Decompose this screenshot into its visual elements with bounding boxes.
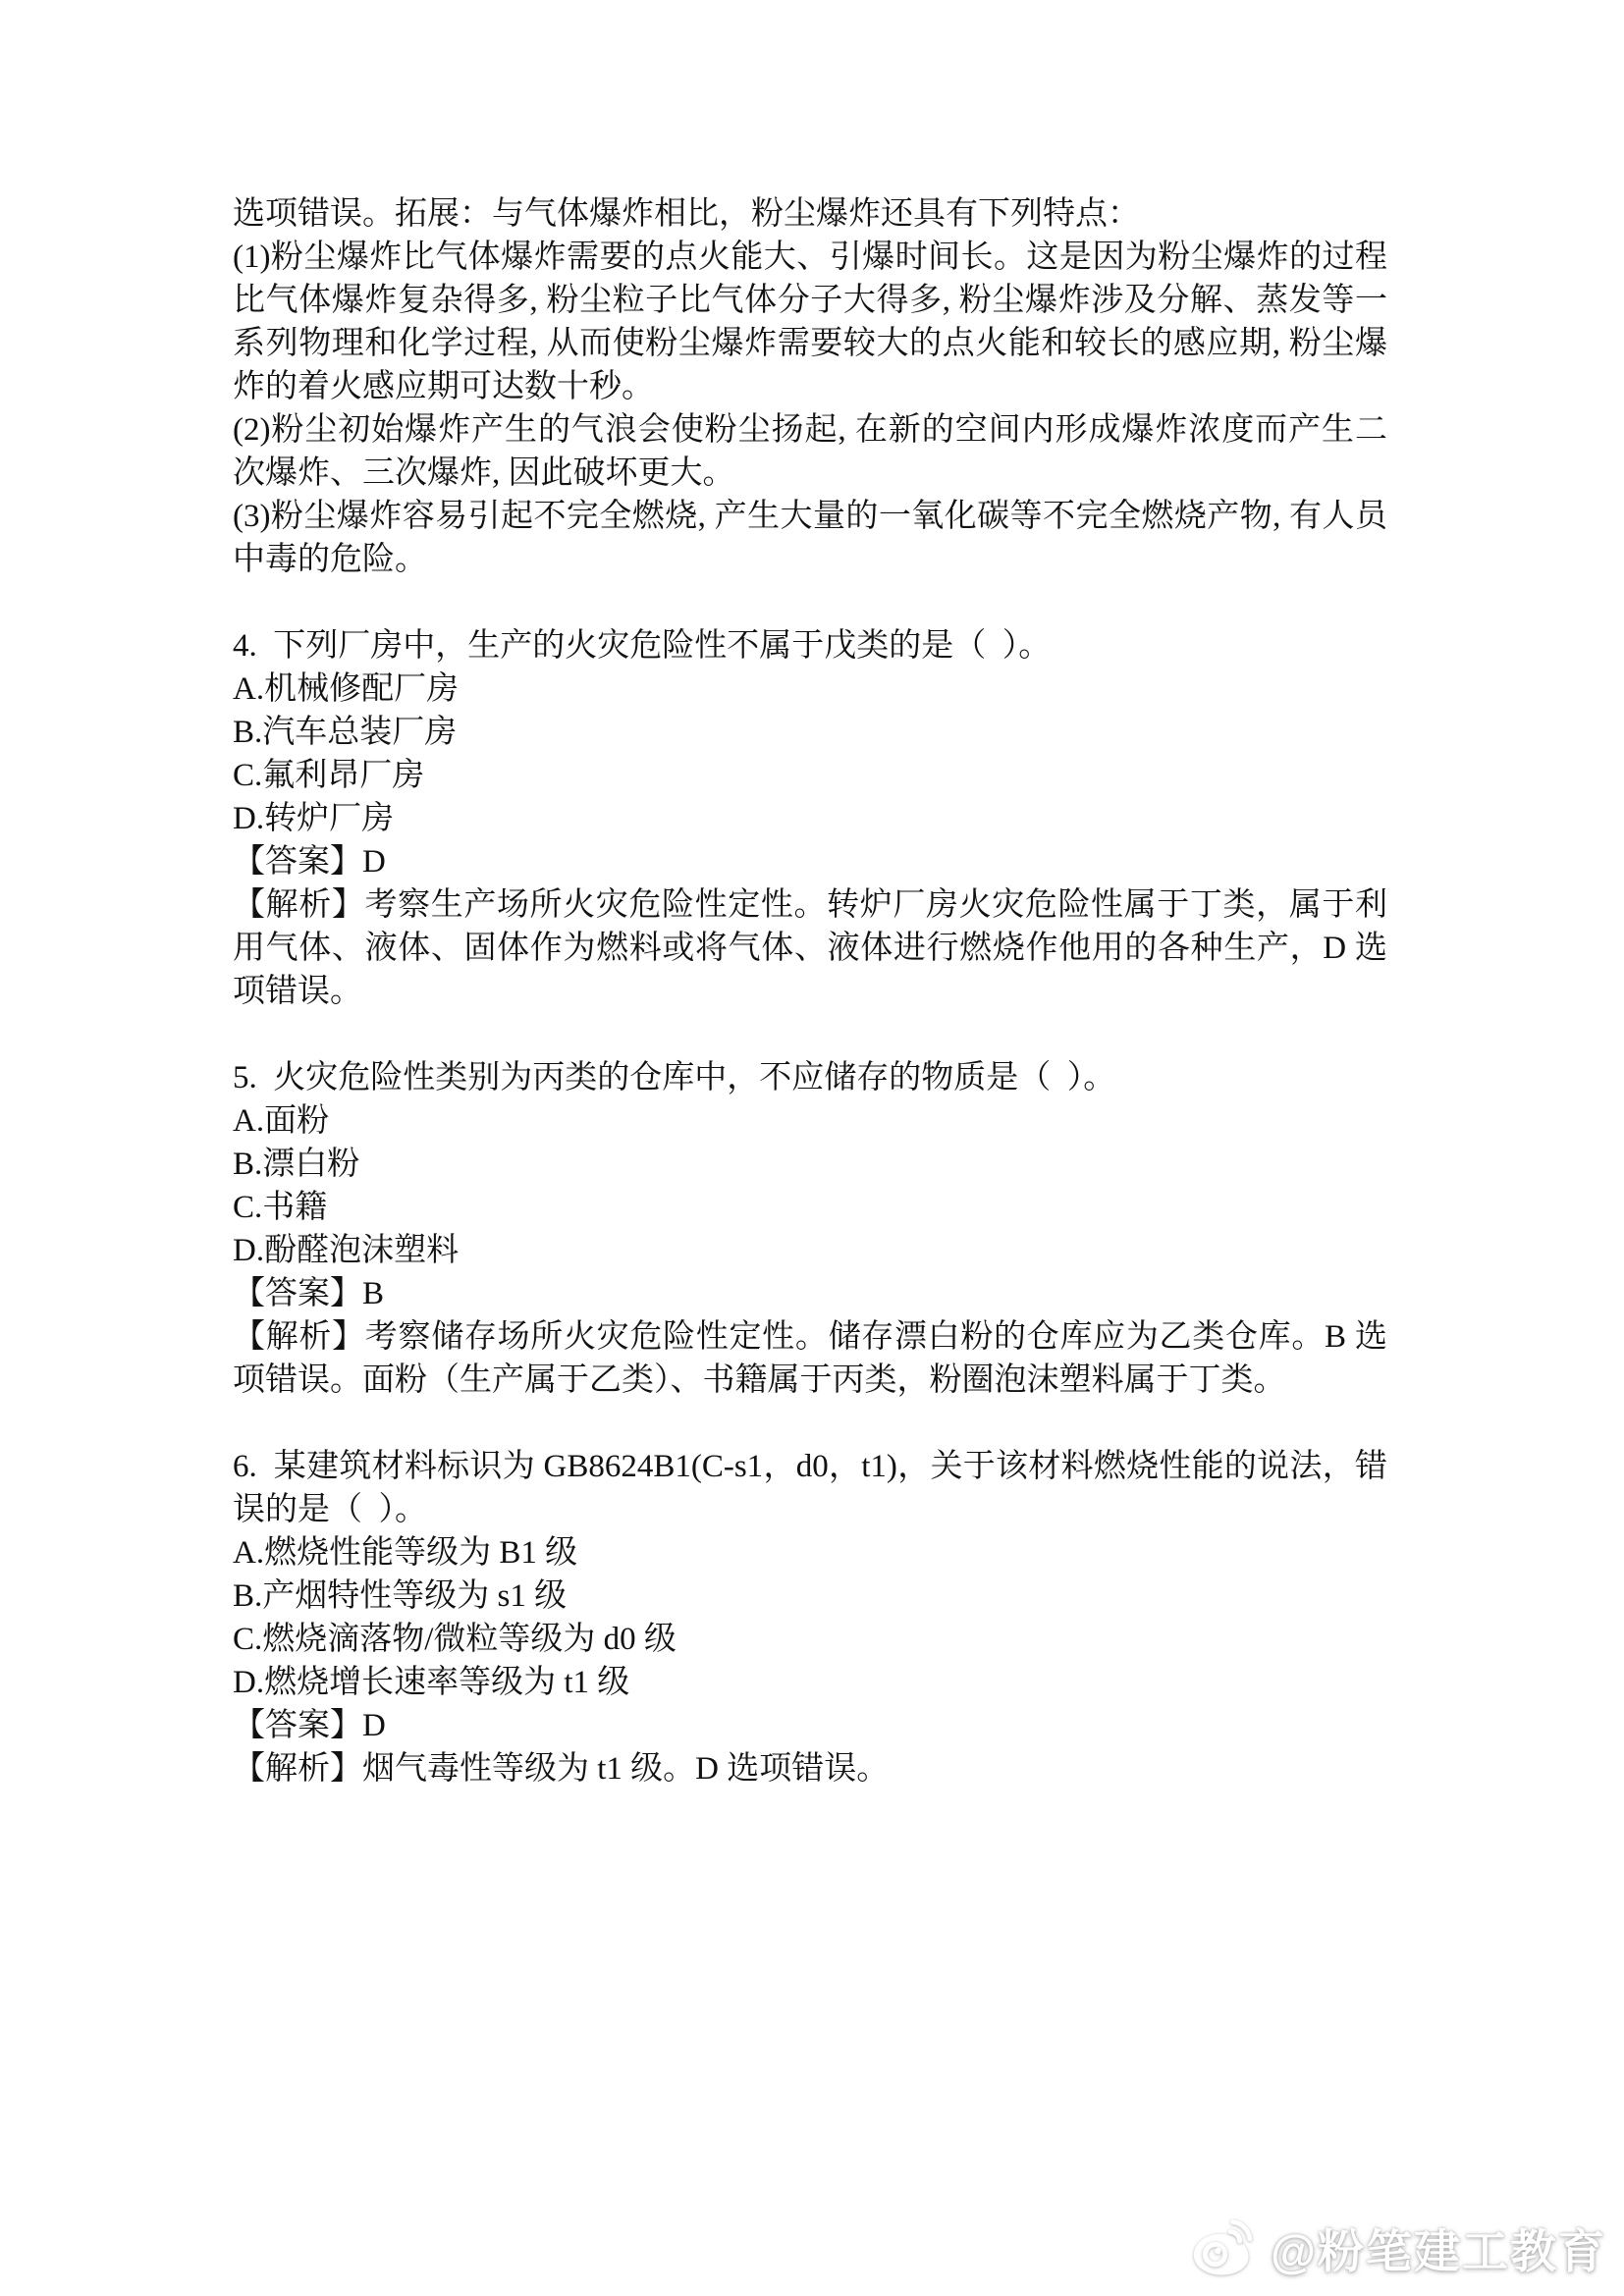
question-stem: 4. 下列厂房中，生产的火灾危险性不属于戊类的是（ ）。 — [233, 624, 1387, 667]
dust-explosion-point-1: (1)粉尘爆炸比气体爆炸需要的点火能大、引爆时间长。这是因为粉尘爆炸的过程比气体… — [233, 236, 1387, 408]
option-d: D.酚醛泡沫塑料 — [233, 1229, 1387, 1272]
continuation-analysis-section: 选项错误。拓展：与气体爆炸相比，粉尘爆炸还具有下列特点： (1)粉尘爆炸比气体爆… — [233, 192, 1387, 581]
analysis-line: 【解析】考察储存场所火灾危险性定性。储存漂白粉的仓库应为乙类仓库。B 选项错误。… — [233, 1315, 1387, 1402]
option-b: B.产烟特性等级为 s1 级 — [233, 1575, 1387, 1618]
watermark: @粉笔建工教育 — [1186, 2211, 1606, 2286]
analysis-line: 【解析】烟气毒性等级为 t1 级。D 选项错误。 — [233, 1747, 1387, 1790]
option-b: B.汽车总装厂房 — [233, 711, 1387, 754]
option-c: C.氟利昂厂房 — [233, 754, 1387, 797]
analysis-lead-line: 选项错误。拓展：与气体爆炸相比，粉尘爆炸还具有下列特点： — [233, 192, 1387, 236]
option-c: C.燃烧滴落物/微粒等级为 d0 级 — [233, 1618, 1387, 1661]
answer-line: 【答案】D — [233, 1704, 1387, 1747]
watermark-label: @粉笔建工教育 — [1271, 2216, 1606, 2281]
analysis-line: 【解析】考察生产场所火灾危险性定性。转炉厂房火灾危险性属于丁类，属于利用气体、液… — [233, 883, 1387, 1013]
answer-line: 【答案】D — [233, 840, 1387, 883]
option-b: B.漂白粉 — [233, 1143, 1387, 1186]
question-stem: 5. 火灾危险性类别为丙类的仓库中，不应储存的物质是（ ）。 — [233, 1056, 1387, 1099]
question-stem: 6. 某建筑材料标识为 GB8624B1(C-s1，d0，t1)，关于该材料燃烧… — [233, 1445, 1387, 1531]
document-page-content: 选项错误。拓展：与气体爆炸相比，粉尘爆炸还具有下列特点： (1)粉尘爆炸比气体爆… — [233, 192, 1387, 1790]
question-4-block: 4. 下列厂房中，生产的火灾危险性不属于戊类的是（ ）。 A.机械修配厂房 B.… — [233, 624, 1387, 1013]
option-d: D.燃烧增长速率等级为 t1 级 — [233, 1661, 1387, 1704]
weibo-icon — [1186, 2211, 1257, 2286]
question-5-block: 5. 火灾危险性类别为丙类的仓库中，不应储存的物质是（ ）。 A.面粉 B.漂白… — [233, 1056, 1387, 1402]
option-a: A.面粉 — [233, 1099, 1387, 1143]
option-a: A.机械修配厂房 — [233, 667, 1387, 711]
option-a: A.燃烧性能等级为 B1 级 — [233, 1531, 1387, 1575]
answer-line: 【答案】B — [233, 1272, 1387, 1315]
dust-explosion-point-2: (2)粉尘初始爆炸产生的气浪会使粉尘扬起, 在新的空间内形成爆炸浓度而产生二次爆… — [233, 408, 1387, 495]
question-6-block: 6. 某建筑材料标识为 GB8624B1(C-s1，d0，t1)，关于该材料燃烧… — [233, 1445, 1387, 1790]
dust-explosion-point-3: (3)粉尘爆炸容易引起不完全燃烧, 产生大量的一氧化碳等不完全燃烧产物, 有人员… — [233, 495, 1387, 581]
option-d: D.转炉厂房 — [233, 797, 1387, 840]
option-c: C.书籍 — [233, 1186, 1387, 1229]
